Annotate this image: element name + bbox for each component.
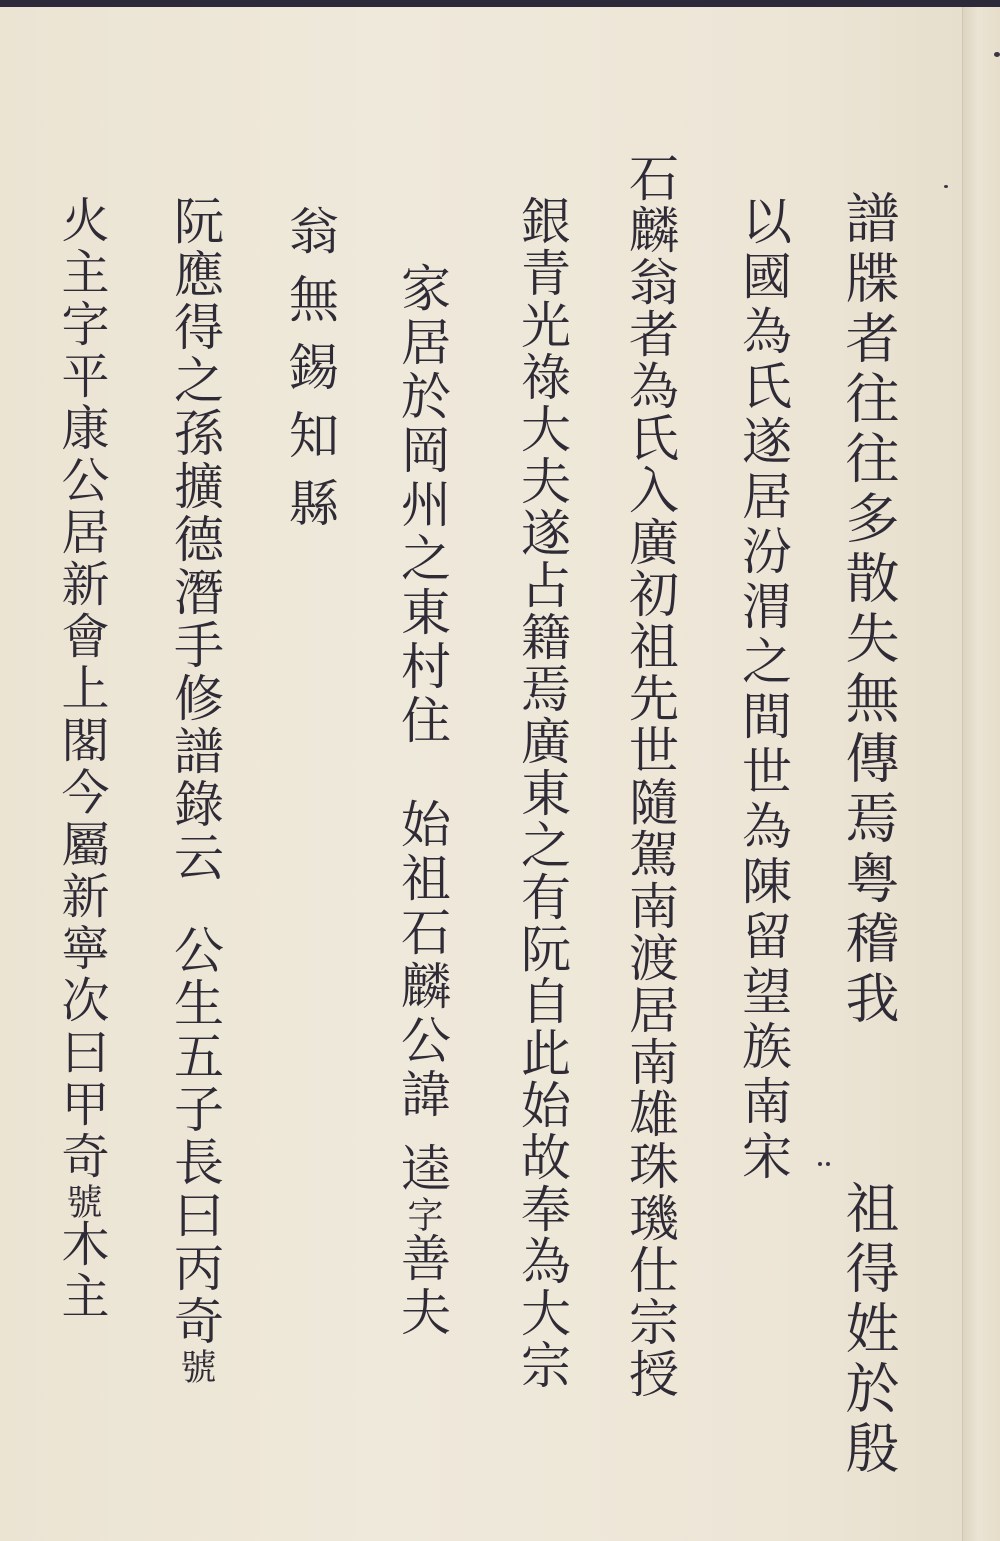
ink-spot [994,52,1000,57]
text-column-3: 石麟翁者為氏入廣初祖先世隨駕南渡居南雄珠璣仕宗授 [605,152,675,1400]
text-column-5: 家居於岡州之東村住始祖石麟公諱逵字善夫 [377,262,447,1340]
page-fold-edge [962,7,1000,1541]
text-column-7: 阮應得之孫擴德潛手修譜錄云公生五子長曰丙奇號 [150,195,220,1384]
column-8-text-a: 火主字平康公居新會上閣今屬新寧次曰甲奇 [53,195,109,1183]
column-5-name: 逵 [393,1142,451,1196]
text-column-6: 翁無錫知縣 [265,205,335,545]
ink-spot [944,185,948,188]
column-7-text-a: 阮應得之孫擴德潛手修譜錄云 [166,195,224,884]
column-5-text-a: 家居於岡州之東村住 [393,262,451,748]
column-5-small-zi: 字 [402,1196,443,1232]
column-5-text-b: 始祖石麟公諱 [393,798,451,1122]
text-column-1: 譜牒者往往多散失無傳焉粤稽我祖得姓於殷 [825,190,895,1480]
ink-mark [818,1162,822,1166]
column-3-text: 石麟翁者為氏入廣初祖先世隨駕南渡居南雄珠璣仕宗授 [621,152,679,1400]
manuscript-page [0,7,962,1541]
text-column-8: 火主字平康公居新會上閣今屬新寧次曰甲奇號木主 [35,195,105,1323]
column-8-small-hao: 號 [61,1183,102,1219]
column-1-text-a: 譜牒者往往多散失無傳焉粤稽我 [837,190,900,1030]
column-2-text: 以國為氏遂居汾渭之間世為陳留望族南宋 [734,195,792,1185]
column-4-text: 銀青光祿大夫遂占籍焉廣東之有阮自此始故奉為大宗 [513,195,571,1391]
column-7-small-hao: 號 [175,1348,216,1384]
column-1-text-b: 祖得姓於殷 [837,1180,900,1480]
text-column-2: 以國為氏遂居汾渭之間世為陳留望族南宋 [718,195,788,1185]
column-5-text-c: 善夫 [393,1232,451,1340]
column-7-text-b: 公生五子長曰丙奇 [166,924,224,1348]
column-8-text-b: 木主 [53,1219,109,1323]
column-6-text: 翁無錫知縣 [281,205,339,545]
scan-top-border [0,0,1000,7]
text-column-4: 銀青光祿大夫遂占籍焉廣東之有阮自此始故奉為大宗 [497,195,567,1391]
ink-mark [826,1162,830,1166]
